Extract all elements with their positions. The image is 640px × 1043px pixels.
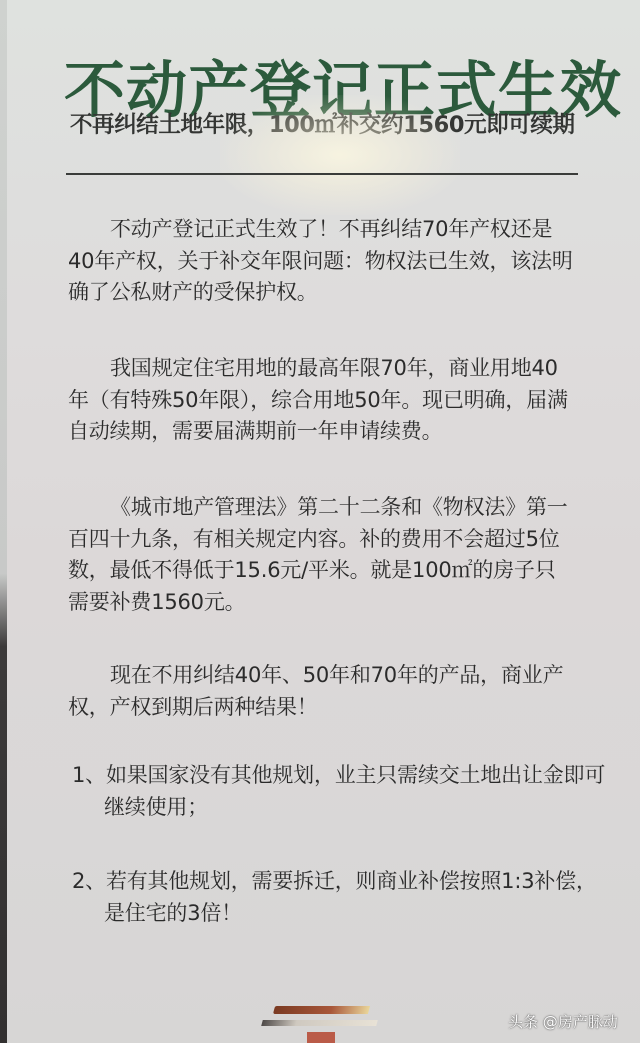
- gate-panel: [307, 1032, 335, 1043]
- roof-upper: [273, 1006, 370, 1014]
- roof-lower: [261, 1020, 378, 1026]
- list-item-1: 1、如果国家没有其他规划，业主只需续交土地出让金即可继续使用；: [68, 760, 612, 823]
- paragraph-land-terms: 我国规定住宅用地的最高年限70年，商业用地40年（有特殊50年限），综合用地50…: [68, 353, 576, 448]
- paragraph-outcomes: 现在不用纠结40年、50年和70年的产品，商业产权，产权到期后两种结果！: [68, 660, 576, 723]
- title-divider: [66, 173, 578, 175]
- paragraph-intro: 不动产登记正式生效了！不再纠结70年产权还是40年产权，关于补交年限问题：物权法…: [68, 214, 576, 309]
- poster-subtitle: 不再纠结土地年限，100㎡补交约1560元即可续期: [70, 108, 580, 142]
- list-item-2: 2、若有其他规划，需要拆迁，则商业补偿按照1:3补偿，是住宅的3倍！: [68, 866, 612, 929]
- source-watermark: 头条 @房产脉动: [508, 1011, 618, 1032]
- building-roof-emblem-icon: [262, 1000, 402, 1043]
- photo-frame-edge: [0, 0, 7, 1043]
- paragraph-legal-basis: 《城市地产管理法》第二十二条和《物权法》第一百四十九条，有相关规定内容。补的费用…: [68, 492, 576, 618]
